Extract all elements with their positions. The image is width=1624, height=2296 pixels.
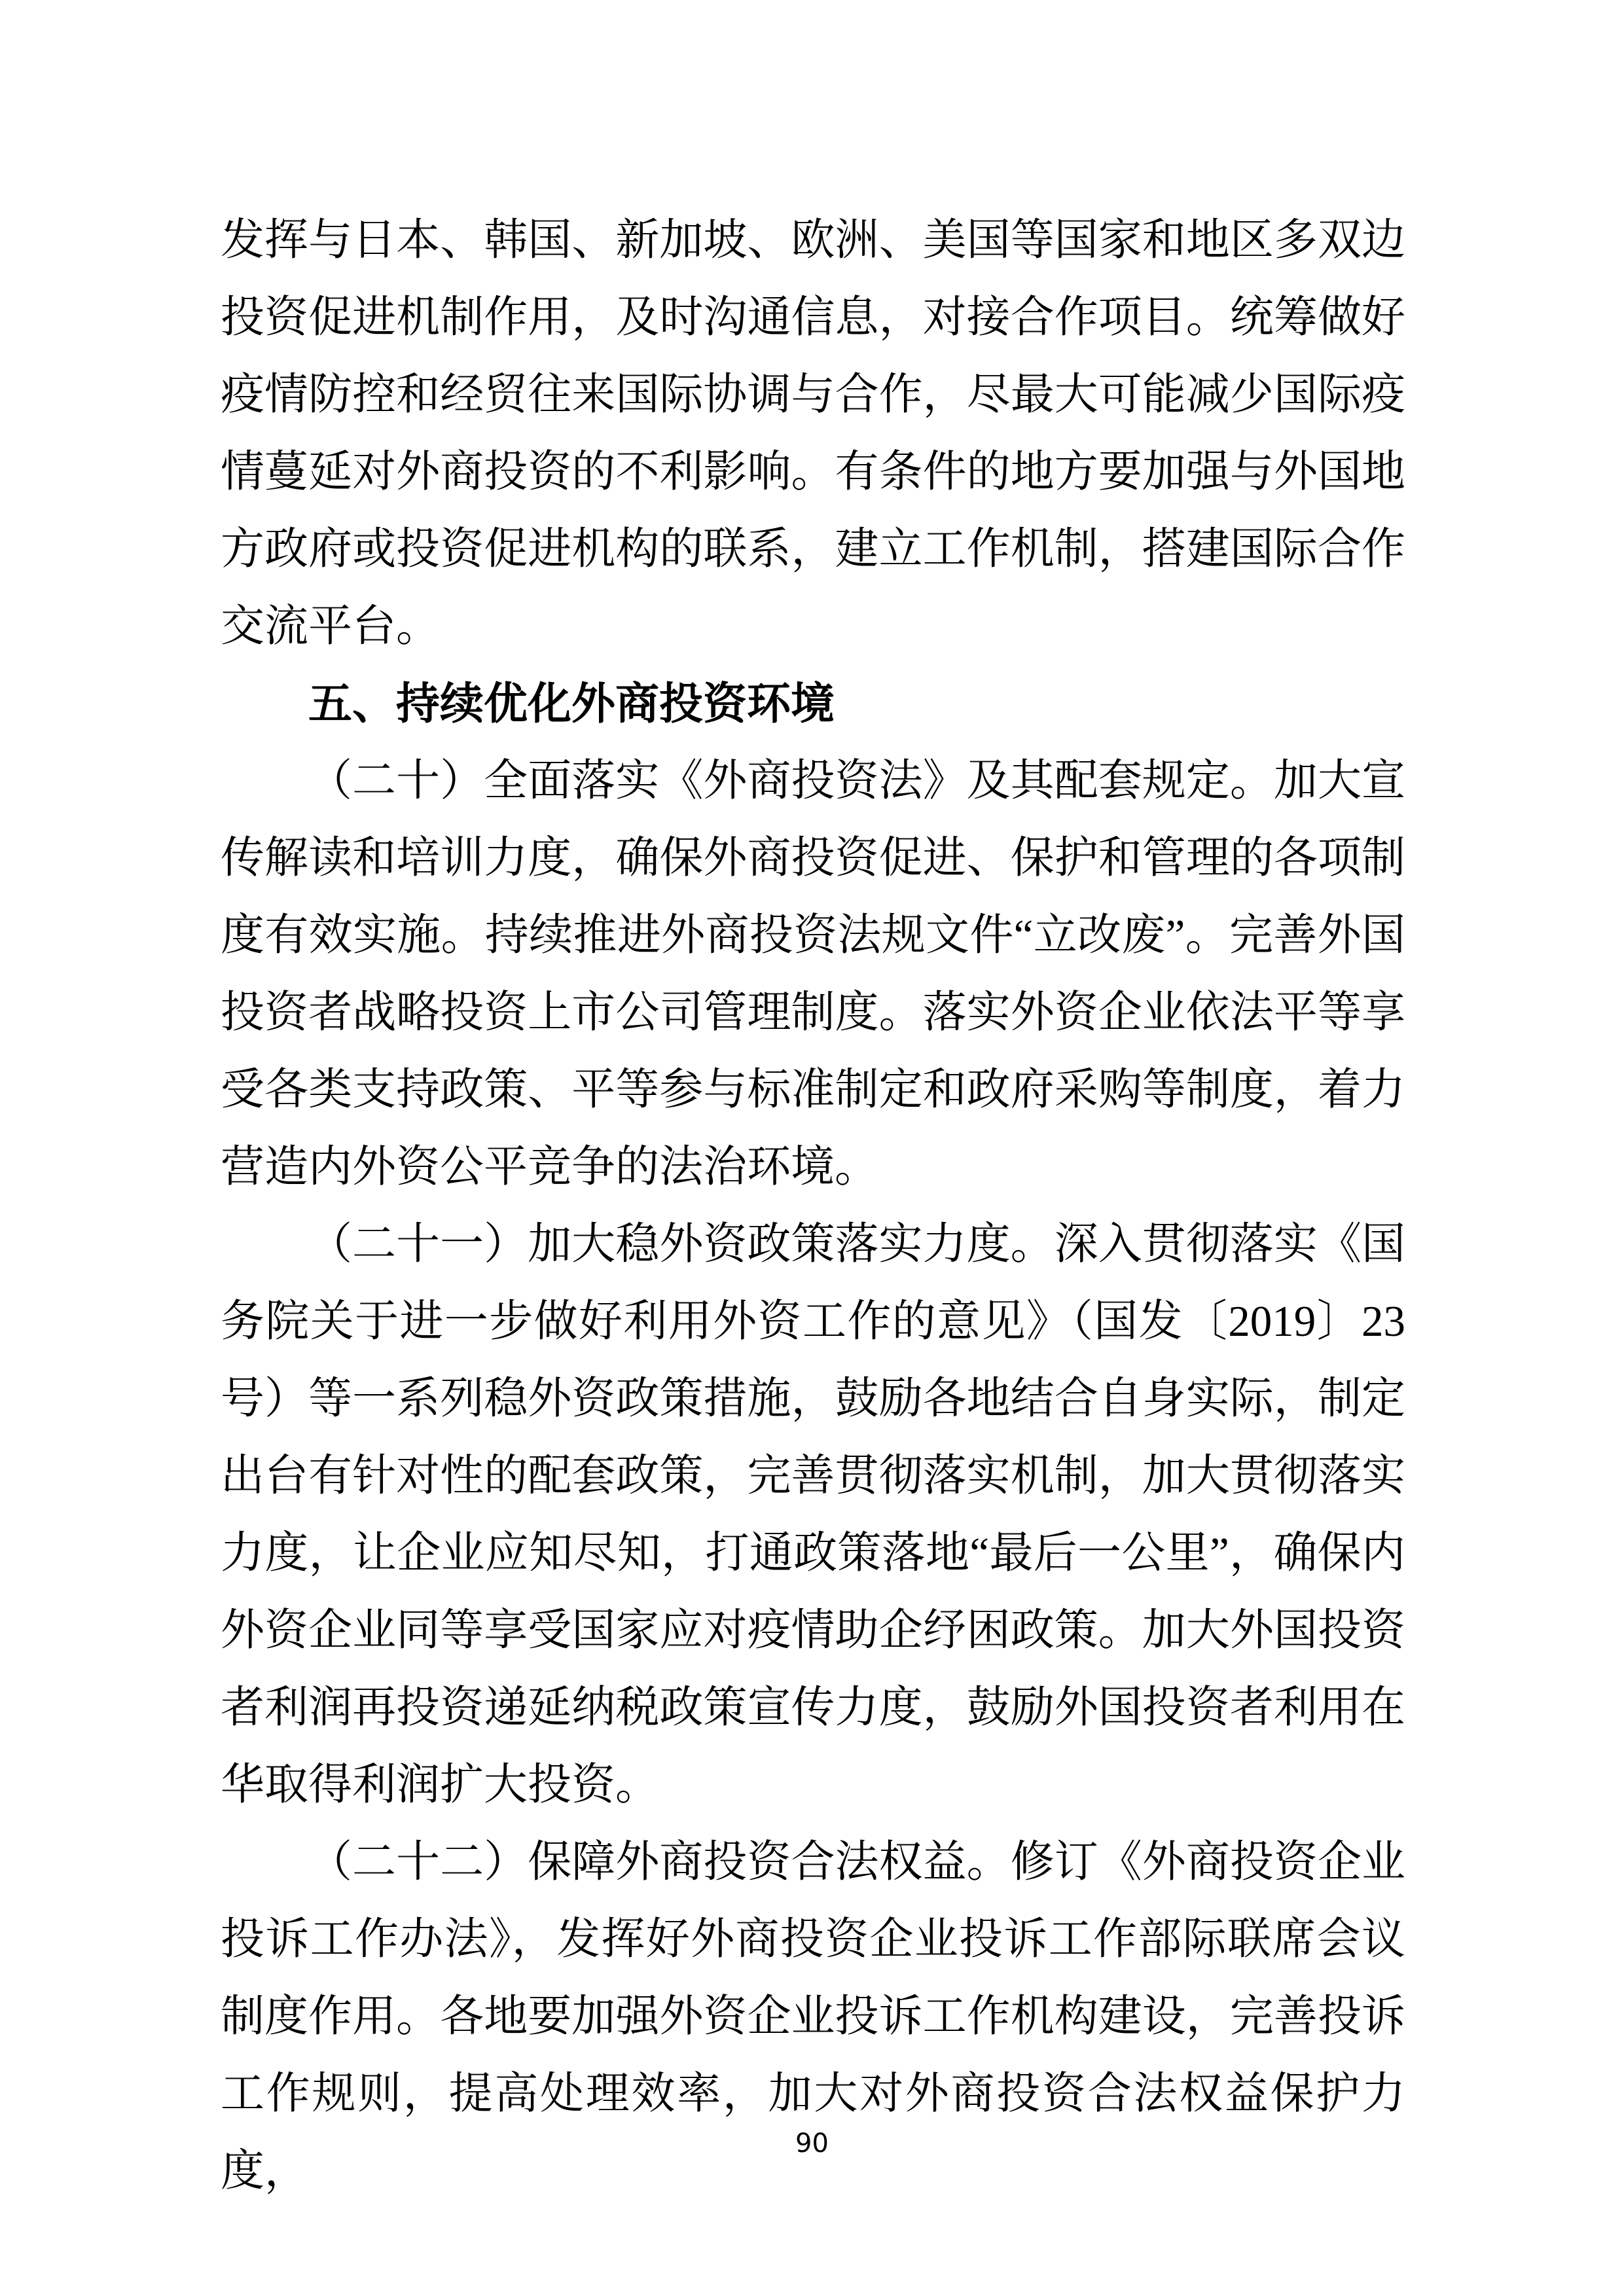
body-paragraph-20: （二十）全面落实《外商投资法》及其配套规定。加大宣传解读和培训力度，确保外商投资…	[221, 742, 1405, 1206]
page-number: 90	[795, 2128, 829, 2159]
page-body: 发挥与日本、韩国、新加坡、欧洲、美国等国家和地区多双边投资促进机制作用，及时沟通…	[221, 202, 1405, 2210]
section-heading: 五、持续优化外商投资环境	[221, 665, 1405, 742]
page-footer: 90	[0, 2129, 1624, 2158]
body-paragraph-continued: 发挥与日本、韩国、新加坡、欧洲、美国等国家和地区多双边投资促进机制作用，及时沟通…	[221, 202, 1405, 665]
body-paragraph-21: （二十一）加大稳外资政策落实力度。深入贯彻落实《国务院关于进一步做好利用外资工作…	[221, 1206, 1405, 1823]
document-page: 发挥与日本、韩国、新加坡、欧洲、美国等国家和地区多双边投资促进机制作用，及时沟通…	[0, 0, 1624, 2296]
